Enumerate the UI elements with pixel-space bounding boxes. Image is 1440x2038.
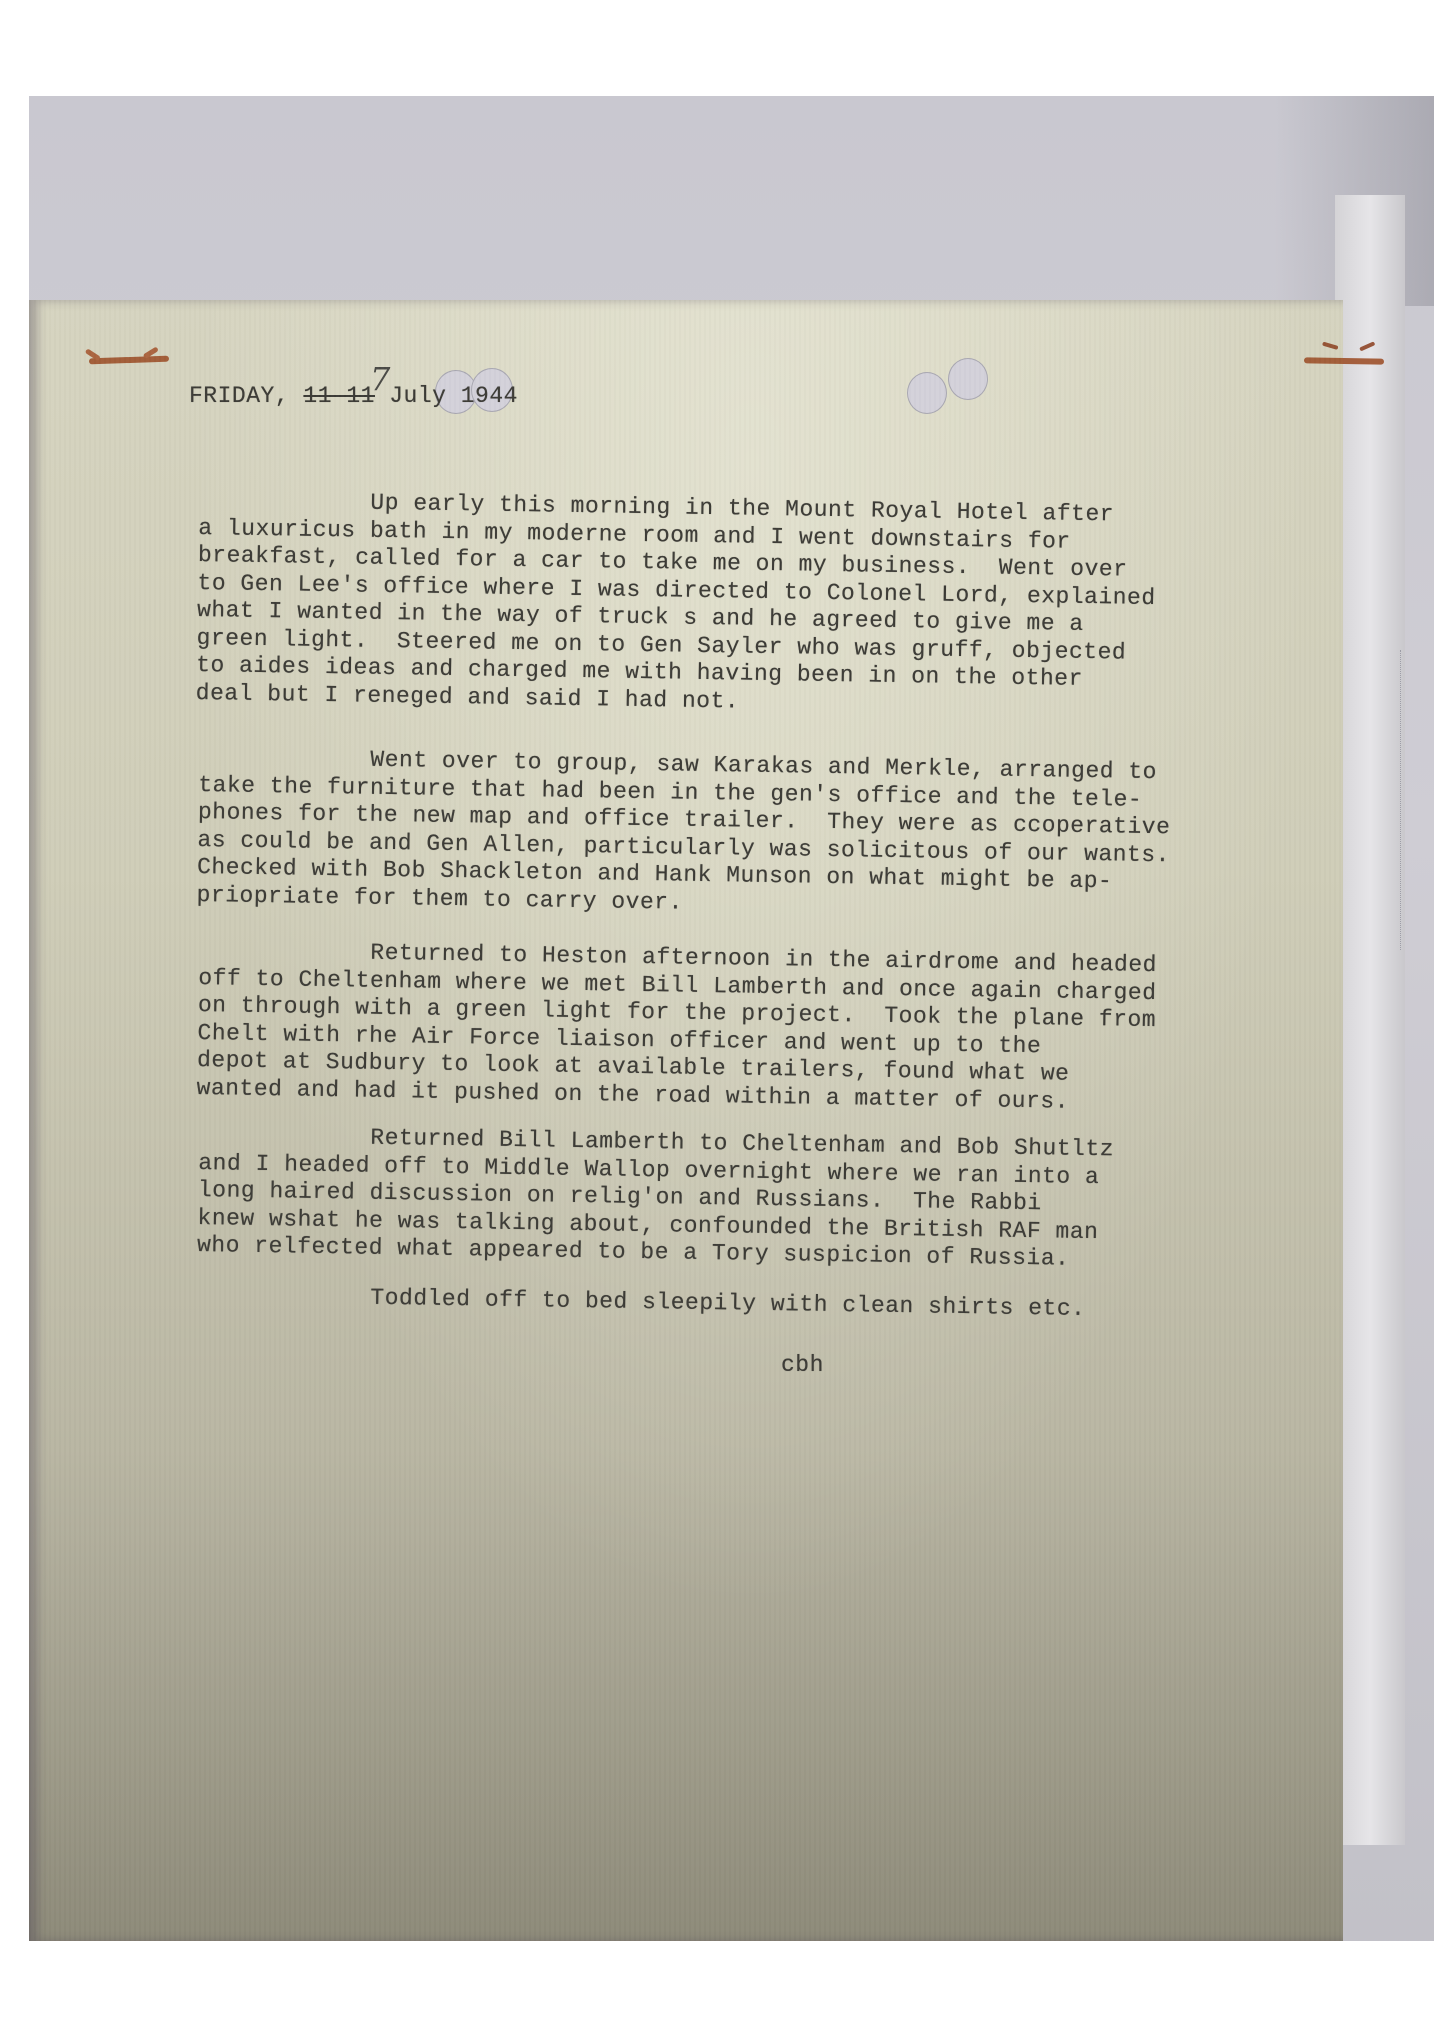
typed-line: Toddled off to bed sleepily with clean s… — [199, 1282, 1086, 1323]
heading-day: FRIDAY, — [189, 383, 303, 409]
paragraph-middle-wallop: Returned Bill Lamberth to Cheltenham and… — [197, 1122, 1114, 1274]
punch-hole — [907, 372, 947, 414]
page-stack-annotation — [1400, 650, 1407, 950]
page-stack-edge — [1335, 195, 1405, 1845]
entry-date-heading: FRIDAY, 11 11 July 1944 — [189, 383, 518, 411]
struck-out-date: 11 11 — [303, 383, 375, 409]
paragraph-hotel-morning: Up early this morning in the Mount Royal… — [196, 487, 1158, 722]
rust-staple-mark-right — [1304, 357, 1384, 364]
punch-hole — [948, 358, 988, 400]
typewritten-page: 7 FRIDAY, 11 11 July 1944 Up early this … — [29, 300, 1343, 1941]
paragraph-bed: Toddled off to bed sleepily with clean s… — [199, 1282, 1086, 1323]
heading-month-year: July 1944 — [375, 383, 518, 409]
paragraph-group-furniture: Went over to group, saw Karakas and Merk… — [196, 744, 1171, 924]
signature-initials: cbh — [781, 1352, 824, 1380]
rust-staple-mark-left — [89, 356, 169, 365]
paragraph-heston-cheltenham: Returned to Heston afternoon in the aird… — [196, 937, 1157, 1117]
